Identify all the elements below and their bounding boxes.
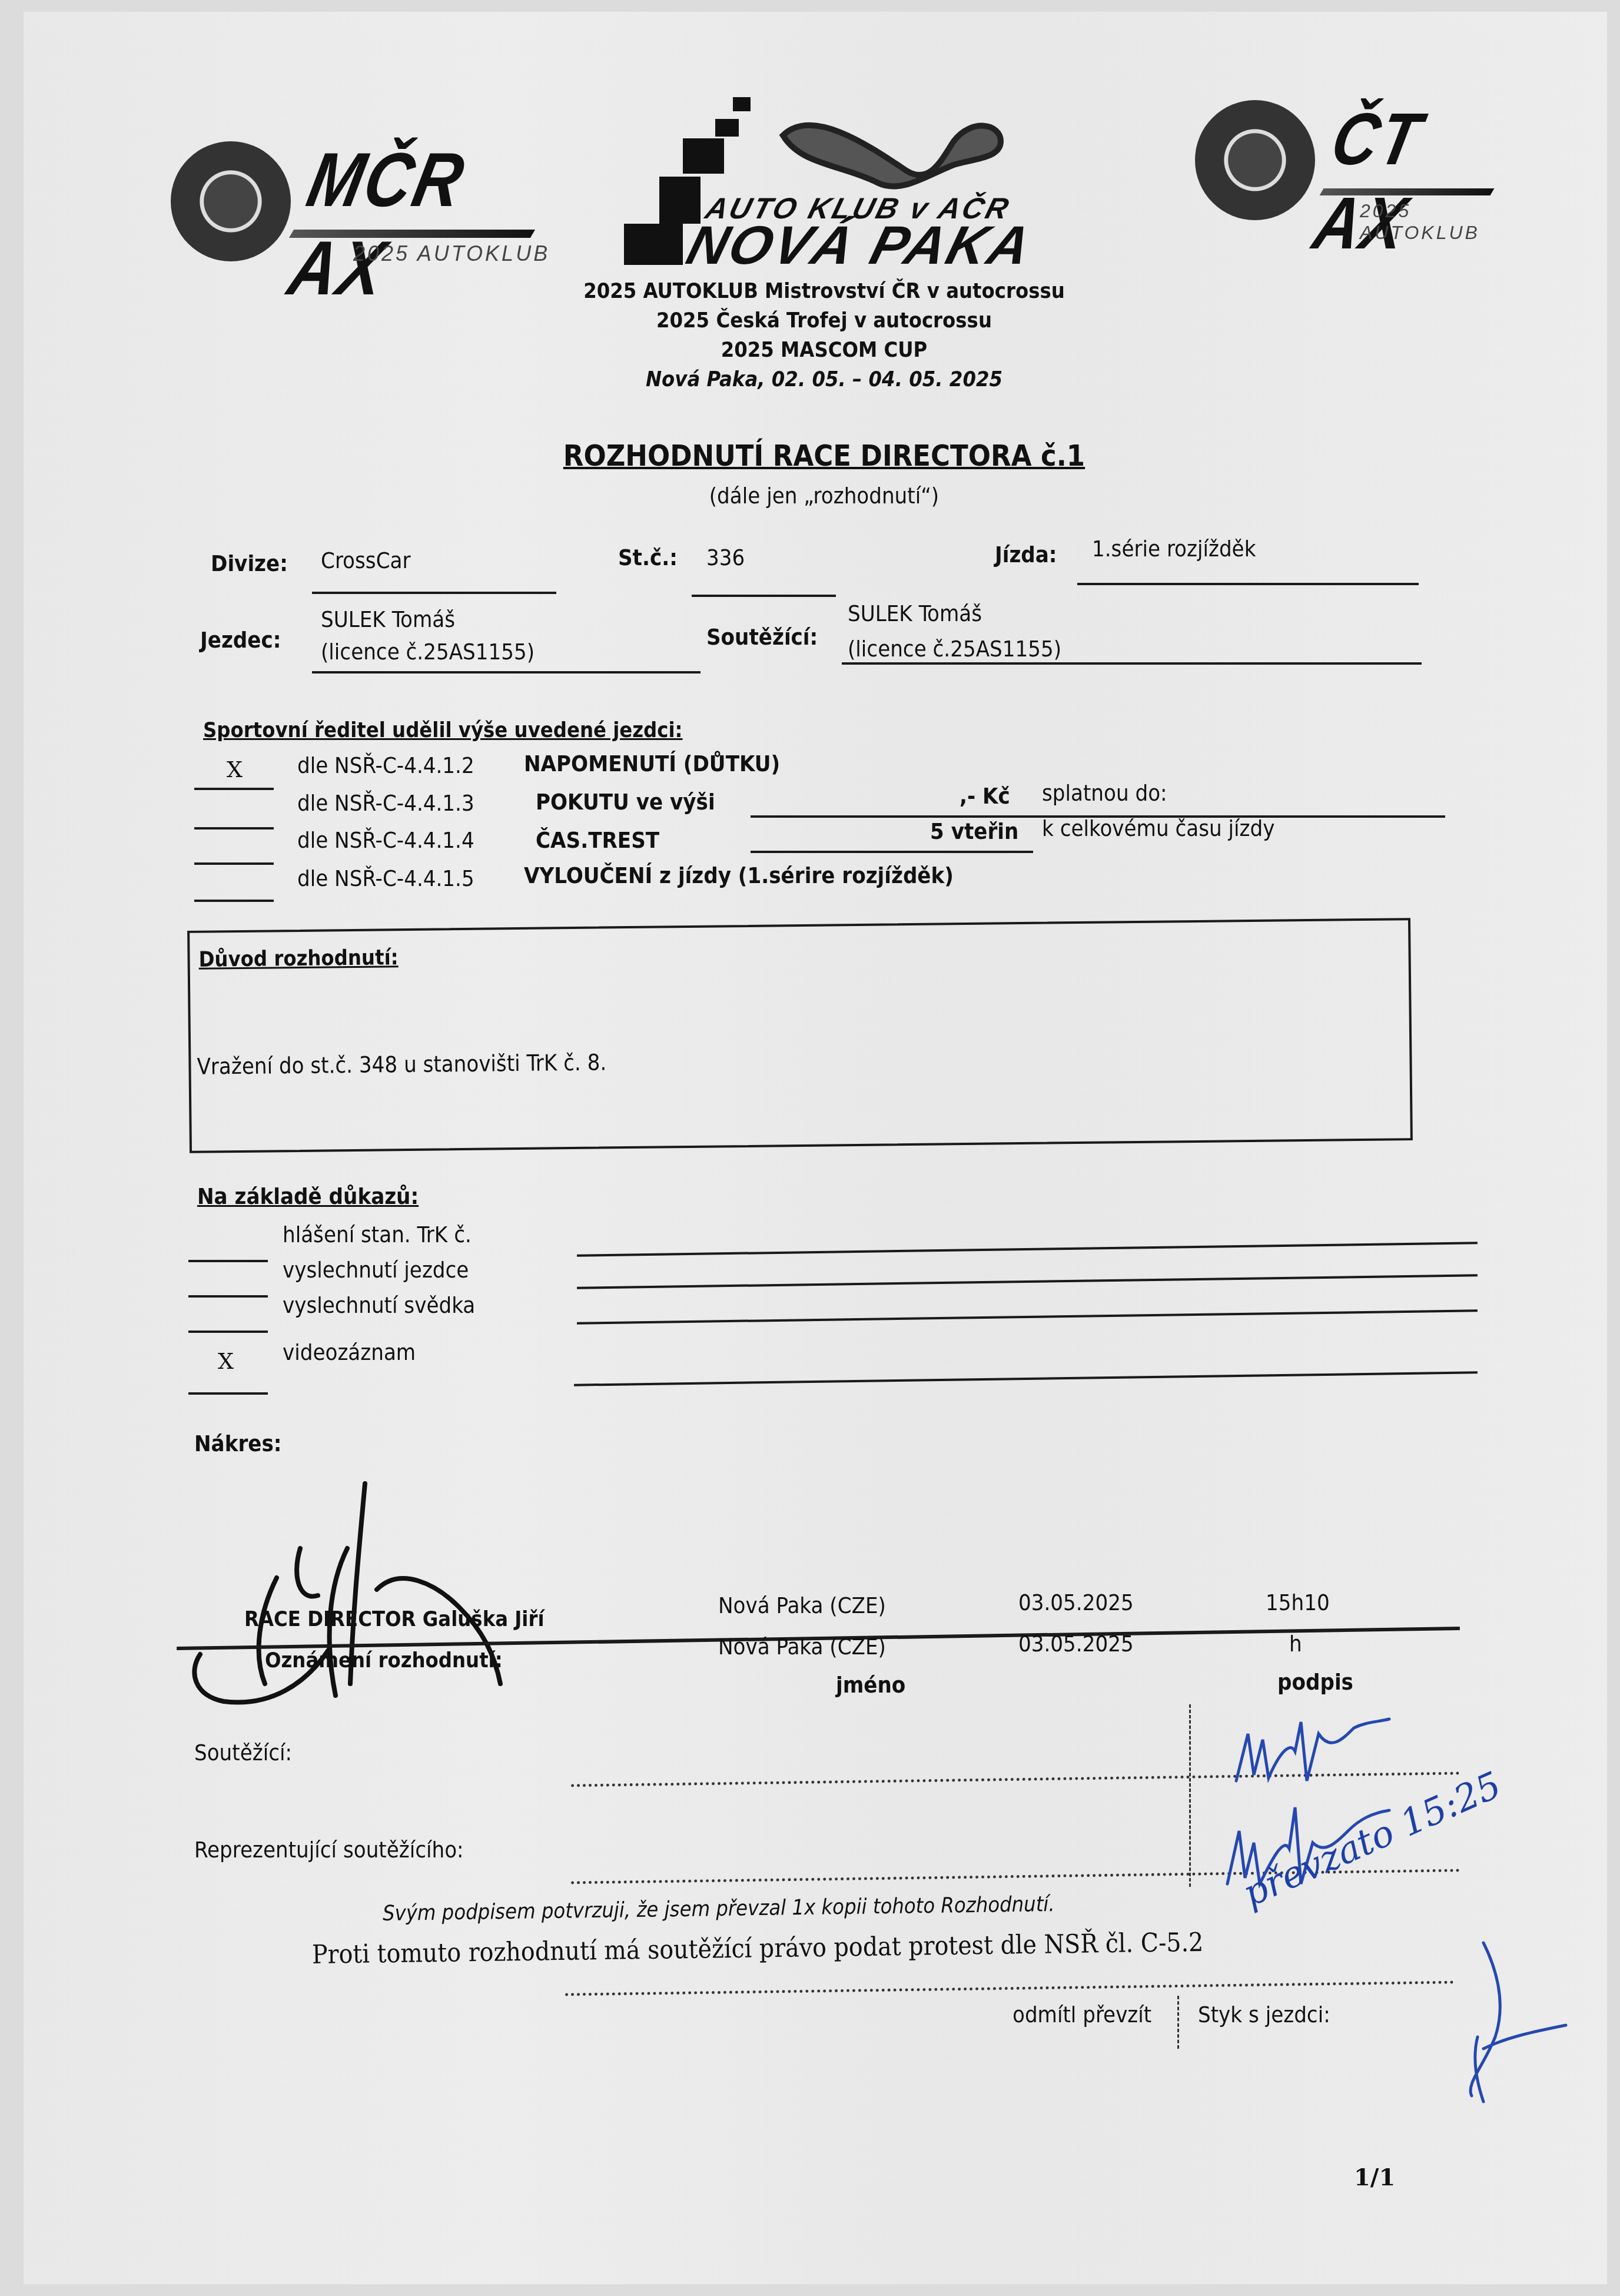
logo-left-subtitle: 2025 AUTOKLUB <box>353 241 550 266</box>
stc-underline <box>692 595 836 597</box>
penalty-label: POKUTU ve výši <box>536 789 715 815</box>
soutezici-underline <box>842 662 1422 665</box>
reason-box: Důvod rozhodnutí: Vražení do st.č. 348 u… <box>187 918 1413 1153</box>
fine-amount-suffix: ,- Kč <box>960 783 1010 809</box>
penalty-rule: dle NSŘ-C-4.4.1.5 <box>297 865 474 891</box>
page-number: 1/1 <box>1354 2164 1395 2191</box>
evidence-checkbox-line <box>188 1392 268 1395</box>
refusal-divider <box>1177 1996 1179 2049</box>
header-line-3: 2025 MASCOM CUP <box>436 336 1213 365</box>
header-line-1: 2025 AUTOKLUB Mistrovství ČR v autocross… <box>436 277 1213 306</box>
evidence-mark[interactable]: X <box>218 1348 234 1374</box>
jezdec-underline <box>312 671 701 673</box>
event-header: 2025 AUTOKLUB Mistrovství ČR v autocross… <box>436 277 1213 394</box>
reason-text: Vražení do st.č. 348 u stanovišti TrK č.… <box>197 1049 606 1079</box>
director-label: RACE DIRECTOR Galuška Jiří <box>244 1607 545 1631</box>
evidence-heading: Na základě důkazů: <box>197 1183 419 1209</box>
evidence-checkbox-line <box>188 1260 268 1262</box>
announce-label: Oznámení rozhodnutí: <box>265 1648 503 1673</box>
divize-label: Divize: <box>211 550 288 576</box>
fine-due-label: splatnou do: <box>1042 780 1167 806</box>
protest-text: Proti tomuto rozhodnutí má soutěžící prá… <box>312 1927 1204 1970</box>
divize-value: CrossCar <box>321 548 411 573</box>
refused-label: odmítl převzít <box>1013 2002 1151 2028</box>
checkered-flag-icon <box>733 97 751 111</box>
penalty-rule: dle NSŘ-C-4.4.1.4 <box>297 827 474 853</box>
time-penalty-value: 5 vteřin <box>930 818 1018 844</box>
evidence-label: vyslechnutí jezdce <box>283 1257 469 1283</box>
soutezici-name: SULEK Tomáš <box>848 600 982 626</box>
checkered-block <box>659 177 701 224</box>
evidence-label: videozáznam <box>283 1339 416 1365</box>
penalty-label: NAPOMENUTÍ (DŮTKU) <box>524 751 780 777</box>
logo-left-stripe <box>289 230 535 238</box>
penalty-checkbox-line <box>194 900 274 902</box>
jizda-label: Jízda: <box>995 542 1057 568</box>
announce-date: 03.05.2025 <box>1018 1631 1134 1657</box>
logo-center-line2: NOVÁ PAKA <box>680 215 1039 277</box>
penalty-rule: dle NSŘ-C-4.4.1.2 <box>297 752 474 778</box>
autoklub-seal-icon <box>171 141 291 261</box>
race-track-icon <box>777 112 1024 200</box>
column-name-label: jméno <box>836 1672 905 1698</box>
header-line-2: 2025 Česká Trofej v autocrossu <box>436 306 1213 336</box>
evidence-line <box>574 1371 1478 1386</box>
autoklub-seal-icon <box>1195 100 1315 220</box>
contact-signature-icon <box>1448 1931 1601 2108</box>
document-page: MČR AX 2025 AUTOKLUB AUTO KLUB v AČR NOV… <box>24 12 1607 2284</box>
stc-label: St.č.: <box>618 545 678 570</box>
soutezici-label: Soutěžící: <box>706 624 818 650</box>
evidence-line <box>577 1274 1478 1289</box>
announce-place: Nová Paka (CZE) <box>718 1634 886 1660</box>
penalty-rule: dle NSŘ-C-4.4.1.3 <box>297 790 474 816</box>
page-title: ROZHODNUTÍ RACE DIRECTORA č.1 <box>436 439 1213 473</box>
director-time: 15h10 <box>1266 1590 1330 1615</box>
logo-right-subtitle: 2025 AUTOKLUB <box>1360 200 1536 244</box>
evidence-checkbox-line <box>188 1331 268 1333</box>
logo-ct-ax: ČT AX 2025 AUTOKLUB <box>1183 94 1536 235</box>
jezdec-licence: (licence č.25AS1155) <box>321 639 535 665</box>
penalty-checkbox-line <box>194 862 274 865</box>
time-penalty-line <box>751 851 1033 853</box>
checkered-block <box>683 138 724 174</box>
divize-underline <box>312 592 556 594</box>
evidence-label: vyslechnutí svědka <box>283 1292 475 1318</box>
penalty-label: VYLOUČENÍ z jízdy (1.sérire rozjížděk) <box>524 862 954 888</box>
stc-value: 336 <box>706 545 745 570</box>
confirm-text: Svým podpisem potvrzuji, že jsem převzal… <box>383 1892 1055 1926</box>
jezdec-name: SULEK Tomáš <box>321 606 455 632</box>
logo-mcr-ax: MČR AX 2025 AUTOKLUB <box>159 130 571 271</box>
evidence-checkbox-line <box>188 1295 268 1298</box>
contact-label: Styk s jezdci: <box>1198 2002 1330 2028</box>
header-line-4: Nová Paka, 02. 05. – 04. 05. 2025 <box>436 365 1213 394</box>
representative-label: Reprezentující soutěžícího: <box>194 1837 464 1863</box>
penalty-label: ČAS.TREST <box>536 827 659 853</box>
announce-time: h <box>1289 1631 1302 1657</box>
drawing-label: Nákres: <box>194 1431 282 1456</box>
evidence-line <box>577 1242 1478 1256</box>
penalty-checkbox-line <box>194 827 274 830</box>
logo-auto-klub-nova-paka: AUTO KLUB v AČR NOVÁ PAKA <box>589 88 1071 265</box>
time-penalty-suffix: k celkovému času jízdy <box>1042 815 1274 841</box>
column-signature-label: podpis <box>1277 1669 1353 1695</box>
checkered-block <box>715 119 739 137</box>
checkered-block <box>624 224 683 265</box>
signature-column-divider <box>1189 1704 1191 1887</box>
director-date: 03.05.2025 <box>1018 1590 1134 1615</box>
penalty-checkbox-line <box>194 788 274 790</box>
penalty-mark[interactable]: X <box>227 757 243 782</box>
jizda-underline <box>1077 583 1419 585</box>
competitor-signature-icon <box>1224 1716 1413 1787</box>
evidence-label: hlášení stan. TrK č. <box>283 1222 472 1247</box>
logo-right-stripe <box>1320 188 1495 195</box>
competitor-label: Soutěžící: <box>194 1740 292 1766</box>
page-subtitle: (dále jen „rozhodnutí“) <box>436 483 1213 509</box>
jizda-value: 1.série rozjížděk <box>1092 536 1256 562</box>
jezdec-label: Jezdec: <box>200 627 281 653</box>
refusal-line[interactable] <box>565 1980 1454 1996</box>
soutezici-licence: (licence č.25AS1155) <box>848 636 1061 662</box>
reason-heading: Důvod rozhodnutí: <box>198 945 398 972</box>
penalties-heading: Sportovní ředitel udělil výše uvedené je… <box>203 718 683 742</box>
director-place: Nová Paka (CZE) <box>718 1592 886 1618</box>
evidence-line <box>577 1309 1478 1324</box>
